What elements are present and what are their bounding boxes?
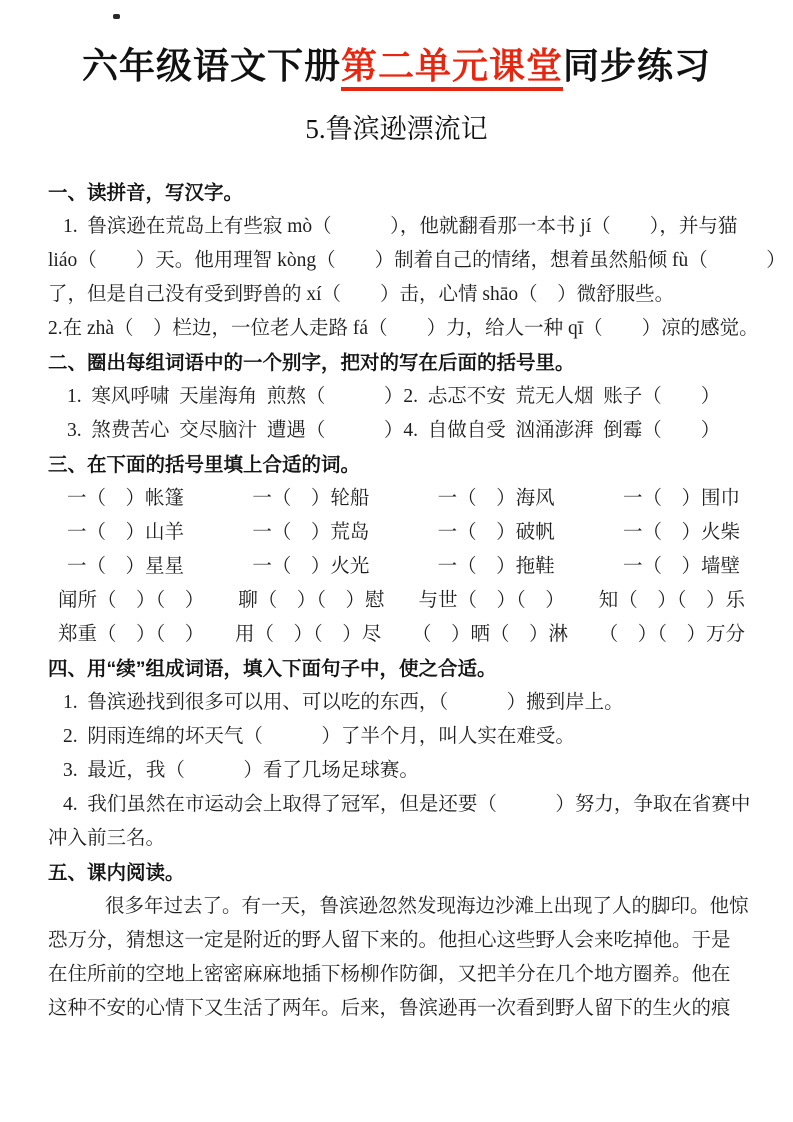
- section-1-heading: 一、读拼音，写汉字。: [48, 176, 745, 210]
- idiom-fill-cell: 聊（ ）（ ）慰: [238, 584, 384, 618]
- reading-passage-line-1: 很多年过去了。有一天，鲁滨逊忽然发现海边沙滩上出现了人的脚印。他惊: [48, 890, 745, 924]
- section-3-heading: 三、在下面的括号里填上合适的词。: [48, 448, 745, 482]
- worksheet-body: 一、读拼音，写汉字。 1. 鲁滨逊在荒岛上有些寂 mò（ ），他就翻看那一本书 …: [0, 148, 793, 1026]
- title-highlight-red: 第二单元课堂: [341, 45, 563, 91]
- section-5-heading: 五、课内阅读。: [48, 856, 745, 890]
- measure-word-cell: 一（ ）破帆: [438, 516, 555, 550]
- measure-word-row: 一（ ）星星 一（ ）火光 一（ ）拖鞋 一（ ）墙壁: [67, 550, 740, 584]
- measure-word-cell: 一（ ）海风: [438, 482, 555, 516]
- measure-word-row: 一（ ）山羊 一（ ）荒岛 一（ ）破帆 一（ ）火柴: [67, 516, 740, 550]
- measure-word-row: 一（ ）帐篷 一（ ）轮船 一（ ）海风 一（ ）围巾: [67, 482, 740, 516]
- sentence-item-4-continued: 冲入前三名。: [48, 822, 745, 856]
- ink-smudge: [113, 14, 120, 19]
- section-2-heading: 二、圈出每组词语中的一个别字，把对的写在后面的括号里。: [48, 346, 745, 380]
- reading-passage-line-4: 这种不安的心情下又生活了两年。后来，鲁滨逊再一次看到野人留下的生火的痕: [48, 992, 745, 1026]
- title-left: 六年级语文下册: [82, 45, 341, 86]
- misspelling-row-2: 3. 煞费苦心 交尽脑汁 遭遇（ ）4. 自做自受 汹涌澎湃 倒霉（ ）: [48, 414, 745, 448]
- idiom-fill-cell: 与世（ ）（ ）: [418, 584, 564, 618]
- measure-word-cell: 一（ ）火柴: [623, 516, 740, 550]
- idiom-fill-cell: 闻所（ ）（ ）: [58, 584, 204, 618]
- measure-word-cell: 一（ ）荒岛: [252, 516, 369, 550]
- reading-passage-line-2: 恐万分，猜想这一定是附近的野人留下来的。他担心这些野人会来吃掉他。于是: [48, 924, 745, 958]
- idiom-fill-row: 郑重（ ）（ ） 用（ ）（ ）尽 （ ）晒（ ）淋 （ ）（ ）万分: [58, 618, 745, 652]
- measure-word-cell: 一（ ）山羊: [67, 516, 184, 550]
- title-right: 同步练习: [563, 45, 711, 86]
- measure-word-cell: 一（ ）火光: [252, 550, 369, 584]
- idiom-fill-cell: （ ）晒（ ）淋: [412, 618, 568, 652]
- measure-word-cell: 一（ ）围巾: [623, 482, 740, 516]
- measure-word-cell: 一（ ）拖鞋: [438, 550, 555, 584]
- measure-word-cell: 一（ ）轮船: [252, 482, 369, 516]
- pinyin-fill-line-3: 了，但是自己没有受到野兽的 xí（ ）击，心情 shāo（ ）微舒服些。: [48, 278, 745, 312]
- worksheet-page: 六年级语文下册第二单元课堂同步练习 5.鲁滨逊漂流记 一、读拼音，写汉字。 1.…: [0, 0, 793, 1122]
- measure-word-cell: 一（ ）星星: [67, 550, 184, 584]
- measure-word-cell: 一（ ）墙壁: [623, 550, 740, 584]
- sentence-item-2: 2. 阴雨连绵的坏天气（ ）了半个月，叫人实在难受。: [48, 720, 745, 754]
- idiom-fill-row: 闻所（ ）（ ） 聊（ ）（ ）慰 与世（ ）（ ） 知（ ）（ ）乐: [58, 584, 745, 618]
- sentence-item-4: 4. 我们虽然在市运动会上取得了冠军，但是还要（ ）努力，争取在省赛中: [48, 788, 745, 822]
- pinyin-fill-line-1: 1. 鲁滨逊在荒岛上有些寂 mò（ ），他就翻看那一本书 jí（ ），并与猫: [48, 210, 745, 244]
- idiom-fill-cell: （ ）（ ）万分: [599, 618, 745, 652]
- sentence-item-3: 3. 最近，我（ ）看了几场足球赛。: [48, 754, 745, 788]
- idiom-fill-cell: 用（ ）（ ）尽: [235, 618, 381, 652]
- measure-word-cell: 一（ ）帐篷: [67, 482, 184, 516]
- misspelling-row-1: 1. 寒风呼啸 天崖海角 煎熬（ ）2. 忐忑不安 荒无人烟 账子（ ）: [48, 380, 745, 414]
- reading-passage-line-3: 在住所前的空地上密密麻麻地插下杨柳作防御，又把羊分在几个地方圈养。他在: [48, 958, 745, 992]
- idiom-fill-cell: 郑重（ ）（ ）: [58, 618, 204, 652]
- idiom-fill-cell: 知（ ）（ ）乐: [599, 584, 745, 618]
- section-4-heading: 四、用“续”组成词语，填入下面句子中，使之合适。: [48, 652, 745, 686]
- lesson-title: 5.鲁滨逊漂流记: [0, 110, 793, 148]
- sentence-item-1: 1. 鲁滨逊找到很多可以用、可以吃的东西，（ ）搬到岸上。: [48, 686, 745, 720]
- pinyin-fill-line-4: 2.在 zhà（ ）栏边，一位老人走路 fá（ ）力，给人一种 qī（ ）凉的感…: [48, 312, 745, 346]
- pinyin-fill-line-2: liáo（ ）天。他用理智 kòng（ ）制着自己的情绪，想着虽然船倾 fù（ …: [48, 244, 745, 278]
